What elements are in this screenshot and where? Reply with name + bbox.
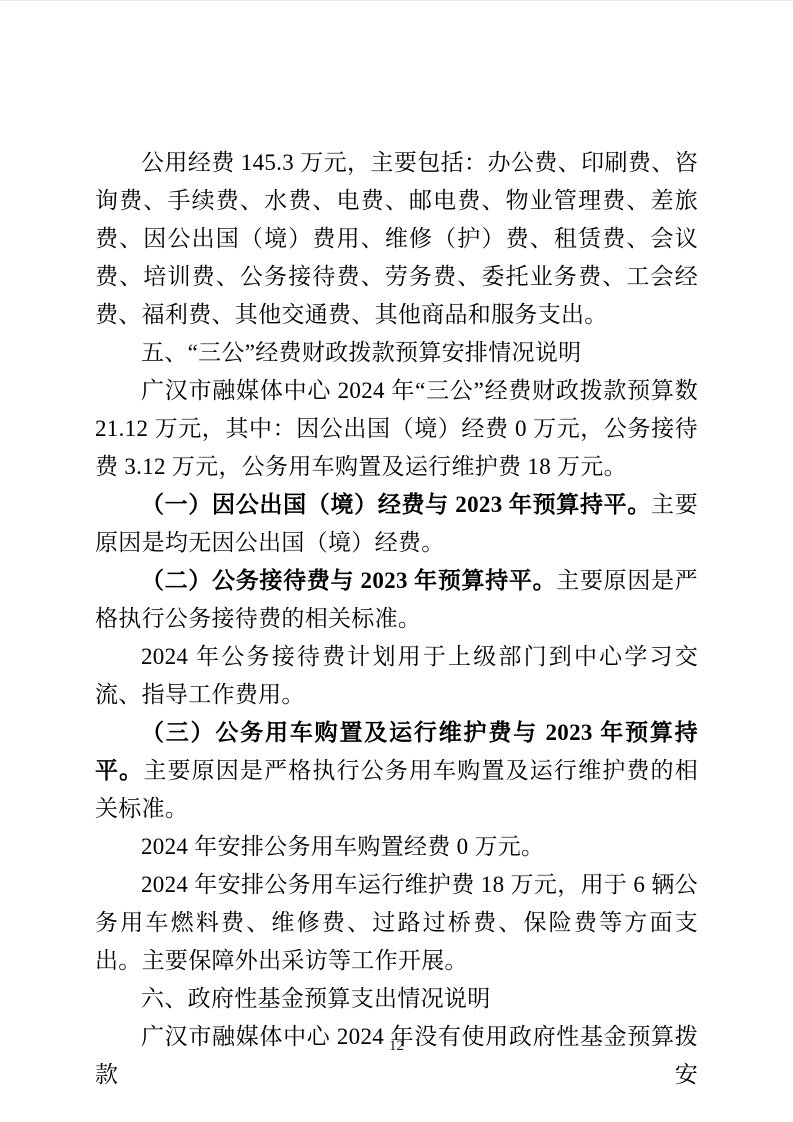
section-heading: 六、政府性基金预算支出情况说明 bbox=[95, 980, 698, 1018]
paragraph-bold-lead: （三）公务用车购置及运行维护费与 2023 年预算持平。 bbox=[95, 720, 698, 783]
paragraph: 2024 年安排公务用车运行维护费 18 万元，用于 6 辆公务用车燃料费、维修… bbox=[95, 866, 698, 980]
paragraph: 2024 年公务接待费计划用于上级部门到中心学习交流、指导工作费用。 bbox=[95, 638, 698, 714]
paragraph: （三）公务用车购置及运行维护费与 2023 年预算持平。主要原因是严格执行公务用… bbox=[95, 714, 698, 828]
paragraph: 2024 年安排公务用车购置经费 0 万元。 bbox=[95, 828, 698, 866]
paragraph: （二）公务接待费与 2023 年预算持平。主要原因是严格执行公务接待费的相关标准… bbox=[95, 562, 698, 638]
paragraph: （一）因公出国（境）经费与 2023 年预算持平。主要原因是均无因公出国（境）经… bbox=[95, 486, 698, 562]
paragraph-bold-lead: （一）因公出国（境）经费与 2023 年预算持平。 bbox=[141, 492, 651, 517]
paragraph-bold-lead: （二）公务接待费与 2023 年预算持平。 bbox=[141, 568, 556, 593]
paragraph: 广汉市融媒体中心 2024 年没有使用政府性基金预算拨款安 bbox=[95, 1018, 698, 1094]
paragraph: 广汉市融媒体中心 2024 年“三公”经费财政拨款预算数 21.12 万元，其中… bbox=[95, 372, 698, 486]
section-heading: 五、“三公”经费财政拨款预算安排情况说明 bbox=[95, 334, 698, 372]
document-page: 公用经费 145.3 万元，主要包括：办公费、印刷费、咨询费、手续费、水费、电费… bbox=[0, 0, 793, 1122]
paragraph: 公用经费 145.3 万元，主要包括：办公费、印刷费、咨询费、手续费、水费、电费… bbox=[95, 144, 698, 334]
document-body: 公用经费 145.3 万元，主要包括：办公费、印刷费、咨询费、手续费、水费、电费… bbox=[95, 144, 698, 1094]
page-number: 12 bbox=[0, 1037, 793, 1055]
